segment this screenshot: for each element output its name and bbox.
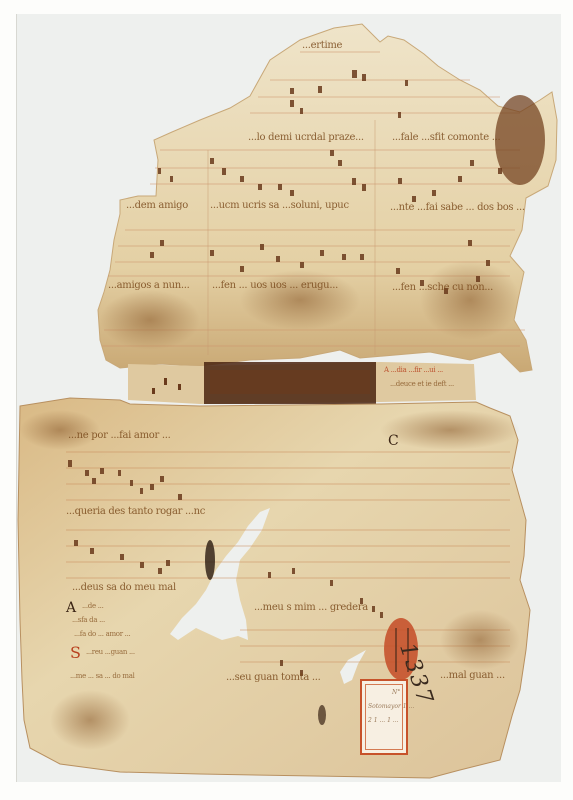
text-line: ...dem amigo (126, 200, 188, 211)
text-line: ...ertime (302, 40, 342, 51)
text-line: ...fen ... uos uos ... erugu... (212, 280, 338, 291)
text-line: ...sfa da ... (72, 616, 105, 624)
text-line: ...ucm ucris sa ...soluni, upuc (210, 200, 349, 211)
text-line: ...ne por ...fai amor ... (68, 430, 171, 441)
label-line: Sotomayor 1 ... (368, 703, 414, 710)
text-line: ...fale ...sfit comonte ... (392, 132, 500, 143)
text-line: ...meu s mim ... gredera (254, 602, 368, 613)
svg-text:S: S (70, 643, 81, 662)
text-line: ...deus sa do meu mal (72, 582, 176, 593)
text-line: ...nte ...fai sabe ... dos bos ... (390, 202, 525, 213)
svg-text:A: A (65, 600, 77, 616)
archival-label: N° Sotomayor 1 ... 2 1 ... 1 ... (360, 679, 408, 755)
text-line: ...seu guan tomta ... (226, 672, 321, 683)
text-line: ...amigos a nun... (108, 280, 190, 291)
label-line: N° (392, 689, 400, 696)
text-line: ...lo demi ucrdal praze... (248, 132, 364, 143)
text-line: ...me ... sa ... do mal (70, 672, 135, 680)
text-line: ...queria des tanto rogar ...nc (66, 506, 205, 517)
label-line: 2 1 ... 1 ... (368, 717, 399, 724)
text-line: ...fen ...sche cu non... (392, 282, 493, 293)
text-line: ...de ... (82, 602, 104, 610)
text-line: ...fa do ... amor ... (74, 630, 130, 638)
upper-fragment (98, 24, 557, 372)
svg-text:C: C (388, 433, 399, 449)
text-line: ...deuce et ie deft ... (390, 380, 454, 388)
text-line: ...reu ...guan ... (86, 648, 135, 656)
text-line: A ...dia ...fir ...ui ... (384, 366, 443, 374)
text-line: ...mal guan ... (440, 670, 505, 681)
